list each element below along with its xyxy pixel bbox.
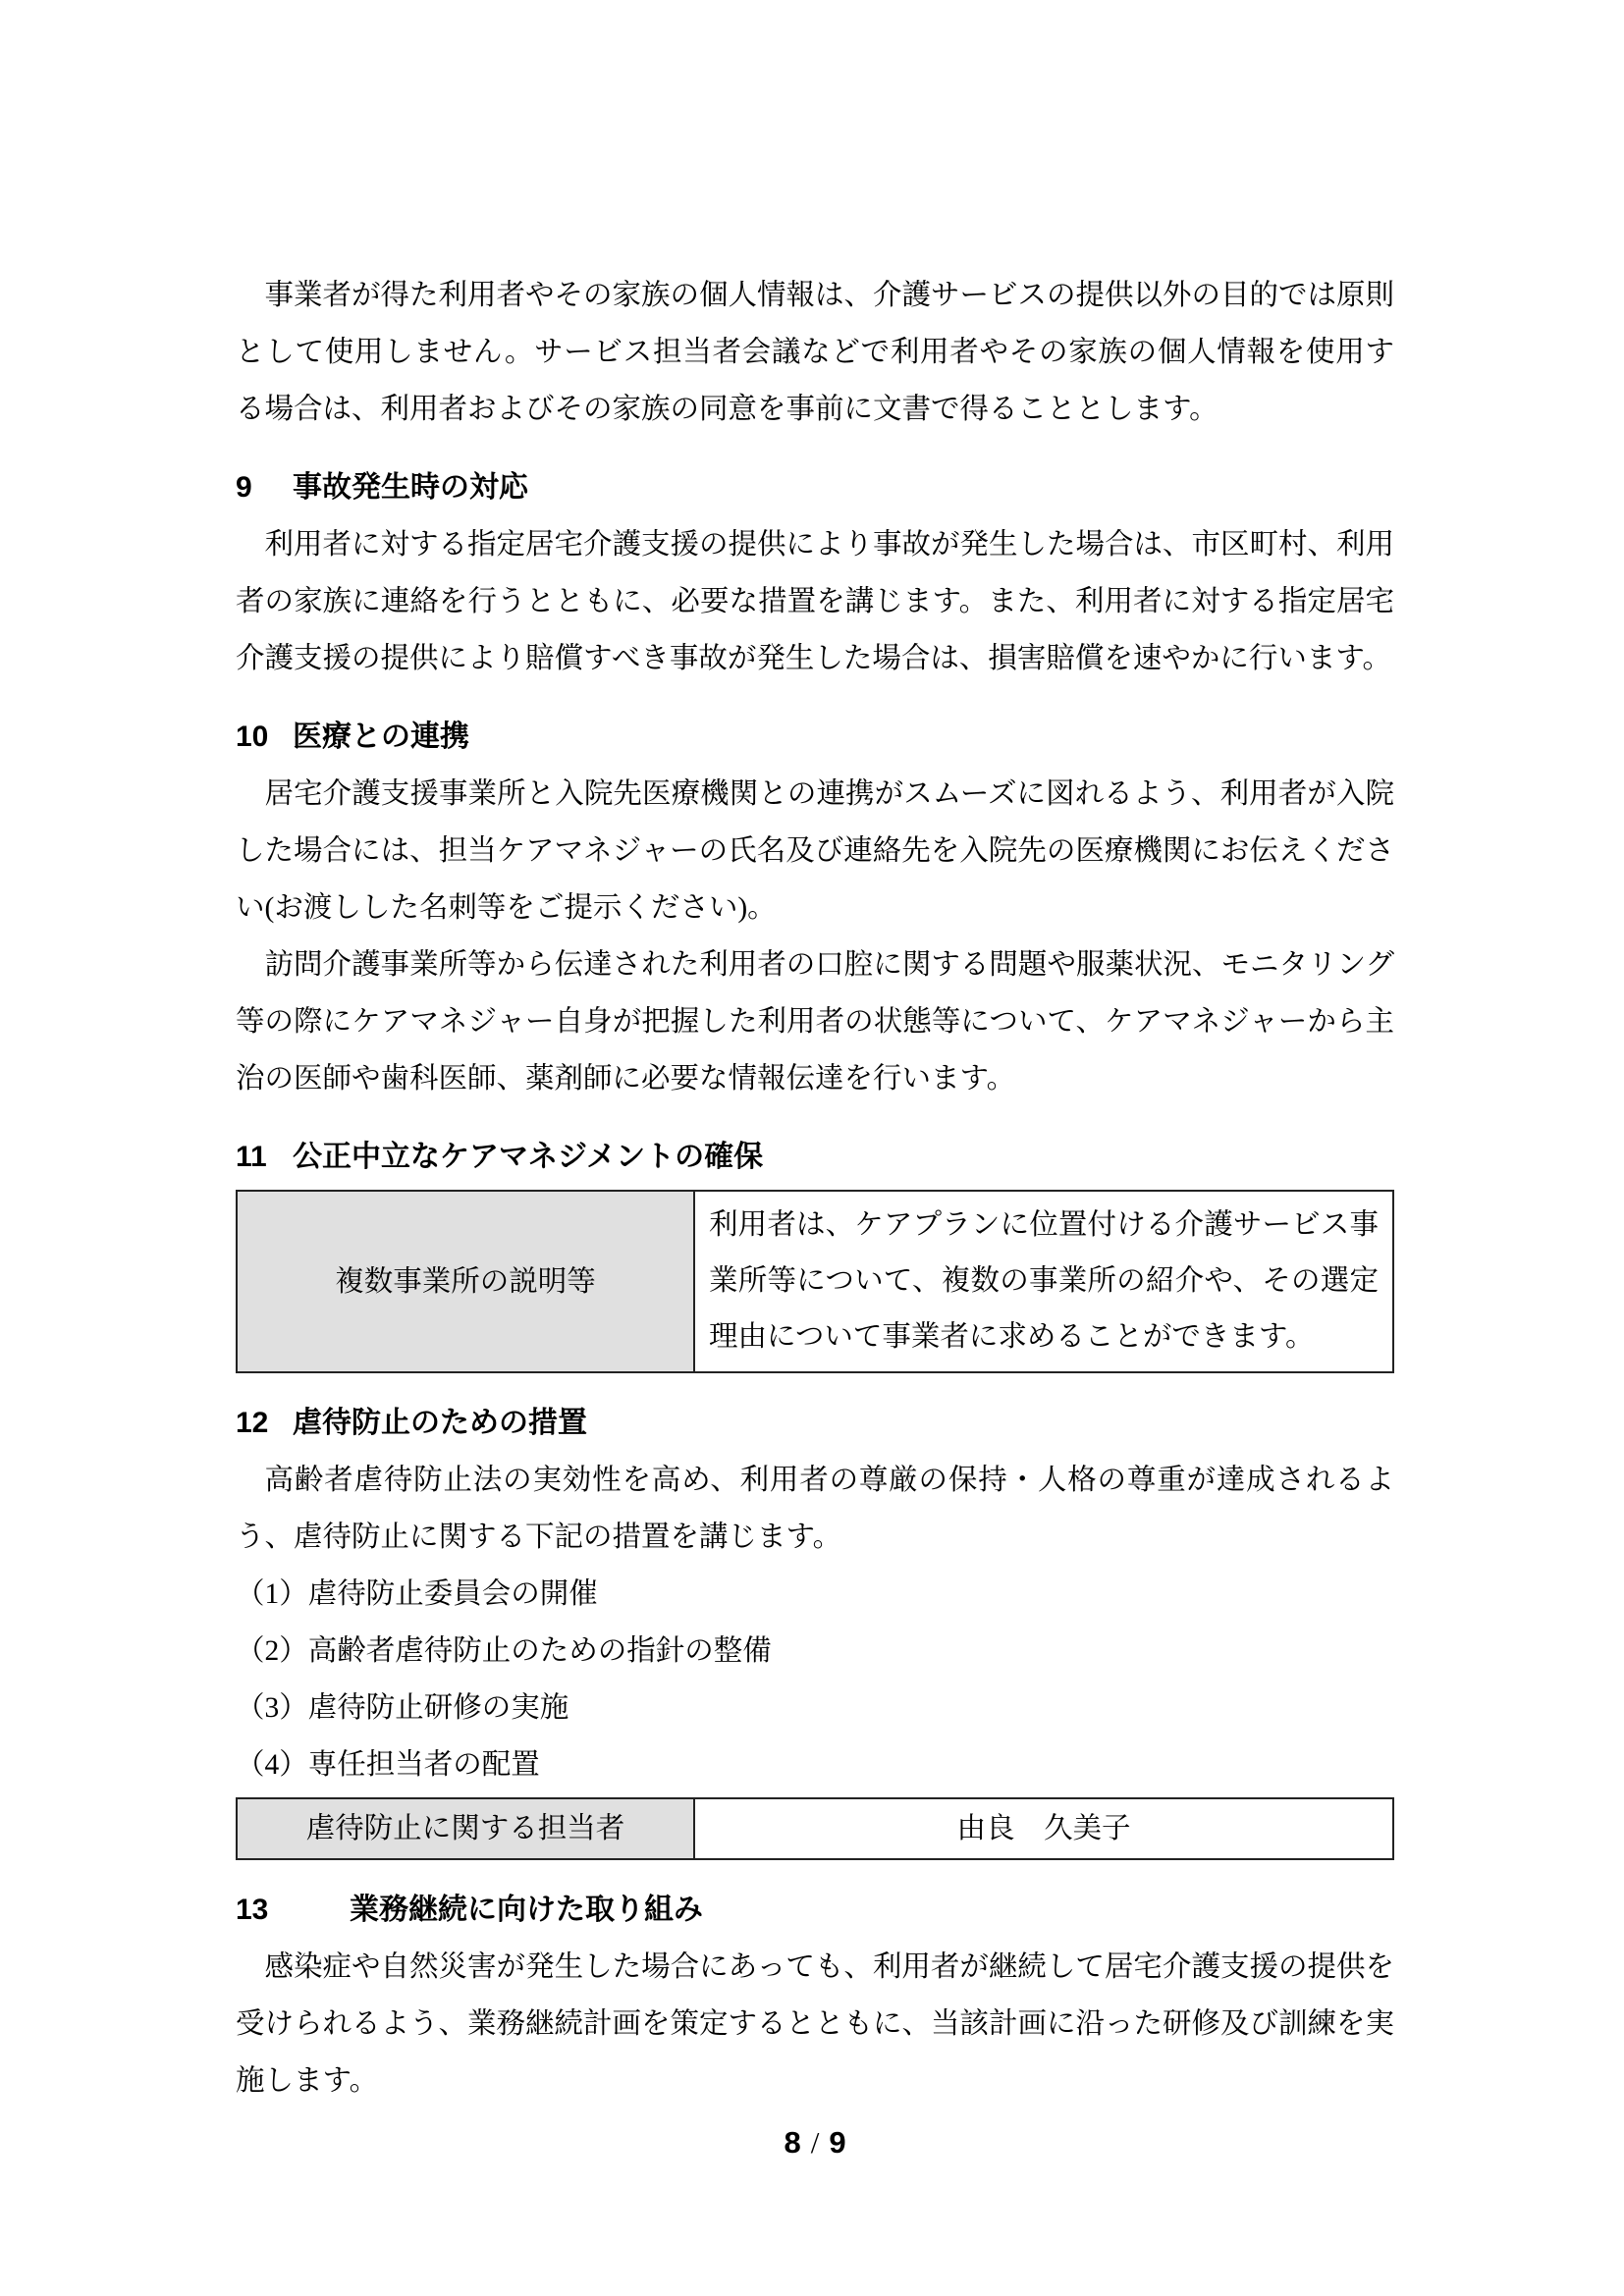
section-10-paragraph-1: 居宅介護支援事業所と入院先医療機関との連携がスムーズに図れるよう、利用者が入院し… bbox=[236, 766, 1394, 936]
total-page-number: 9 bbox=[829, 2125, 845, 2160]
section-9-number: 9 bbox=[236, 459, 293, 516]
table-value-cell: 由良 久美子 bbox=[694, 1798, 1393, 1859]
section-9-heading: 9 事故発生時の対応 bbox=[236, 459, 1394, 516]
section-11-number: 11 bbox=[236, 1129, 293, 1186]
section-13-title: 業務継続に向けた取り組み bbox=[350, 1882, 703, 1939]
page-number-footer: 8/9 bbox=[236, 2123, 1394, 2163]
section-10-title: 医療との連携 bbox=[293, 709, 469, 766]
section-13-heading: 13 業務継続に向けた取り組み bbox=[236, 1882, 1394, 1939]
section-10-paragraph-2: 訪問介護事業所等から伝達された利用者の口腔に関する問題や服薬状況、モニタリング等… bbox=[236, 936, 1394, 1107]
section-9-title: 事故発生時の対応 bbox=[293, 459, 528, 516]
section-13-paragraph: 感染症や自然災害が発生した場合にあっても、利用者が継続して居宅介護支援の提供を受… bbox=[236, 1939, 1394, 2109]
table-row: 虐待防止に関する担当者 由良 久美子 bbox=[237, 1798, 1393, 1859]
table-label-cell: 虐待防止に関する担当者 bbox=[237, 1798, 694, 1859]
table-label-cell: 複数事業所の説明等 bbox=[237, 1191, 694, 1372]
section-13-number: 13 bbox=[236, 1882, 350, 1939]
section-9-paragraph: 利用者に対する指定居宅介護支援の提供により事故が発生した場合は、市区町村、利用者… bbox=[236, 516, 1394, 687]
abuse-measure-list-item-2: （2）高齢者虐待防止のための指針の整備 bbox=[236, 1623, 1394, 1680]
section-12-number: 12 bbox=[236, 1395, 293, 1452]
section-12-title: 虐待防止のための措置 bbox=[293, 1395, 587, 1452]
abuse-officer-table: 虐待防止に関する担当者 由良 久美子 bbox=[236, 1797, 1394, 1860]
multiple-provider-table: 複数事業所の説明等 利用者は、ケアプランに位置付ける介護サービス事業所等について… bbox=[236, 1190, 1394, 1373]
abuse-measure-list-item-1: （1）虐待防止委員会の開催 bbox=[236, 1566, 1394, 1623]
document-page: 事業者が得た利用者やその家族の個人情報は、介護サービスの提供以外の目的では原則と… bbox=[0, 0, 1624, 2296]
section-10-heading: 10 医療との連携 bbox=[236, 709, 1394, 766]
section-12-paragraph: 高齢者虐待防止法の実効性を高め、利用者の尊厳の保持・人格の尊重が達成されるよう、… bbox=[236, 1452, 1394, 1566]
table-value-cell: 利用者は、ケアプランに位置付ける介護サービス事業所等について、複数の事業所の紹介… bbox=[694, 1191, 1393, 1372]
section-10-number: 10 bbox=[236, 709, 293, 766]
current-page-number: 8 bbox=[784, 2125, 800, 2160]
abuse-measure-list-item-3: （3）虐待防止研修の実施 bbox=[236, 1680, 1394, 1736]
table-row: 複数事業所の説明等 利用者は、ケアプランに位置付ける介護サービス事業所等について… bbox=[237, 1191, 1393, 1372]
section-11-heading: 11 公正中立なケアマネジメントの確保 bbox=[236, 1129, 1394, 1186]
abuse-measure-list-item-4: （4）専任担当者の配置 bbox=[236, 1736, 1394, 1793]
section-11-title: 公正中立なケアマネジメントの確保 bbox=[293, 1129, 763, 1186]
page-number-separator: / bbox=[801, 2125, 830, 2160]
intro-paragraph: 事業者が得た利用者やその家族の個人情報は、介護サービスの提供以外の目的では原則と… bbox=[236, 267, 1394, 438]
section-12-heading: 12 虐待防止のための措置 bbox=[236, 1395, 1394, 1452]
